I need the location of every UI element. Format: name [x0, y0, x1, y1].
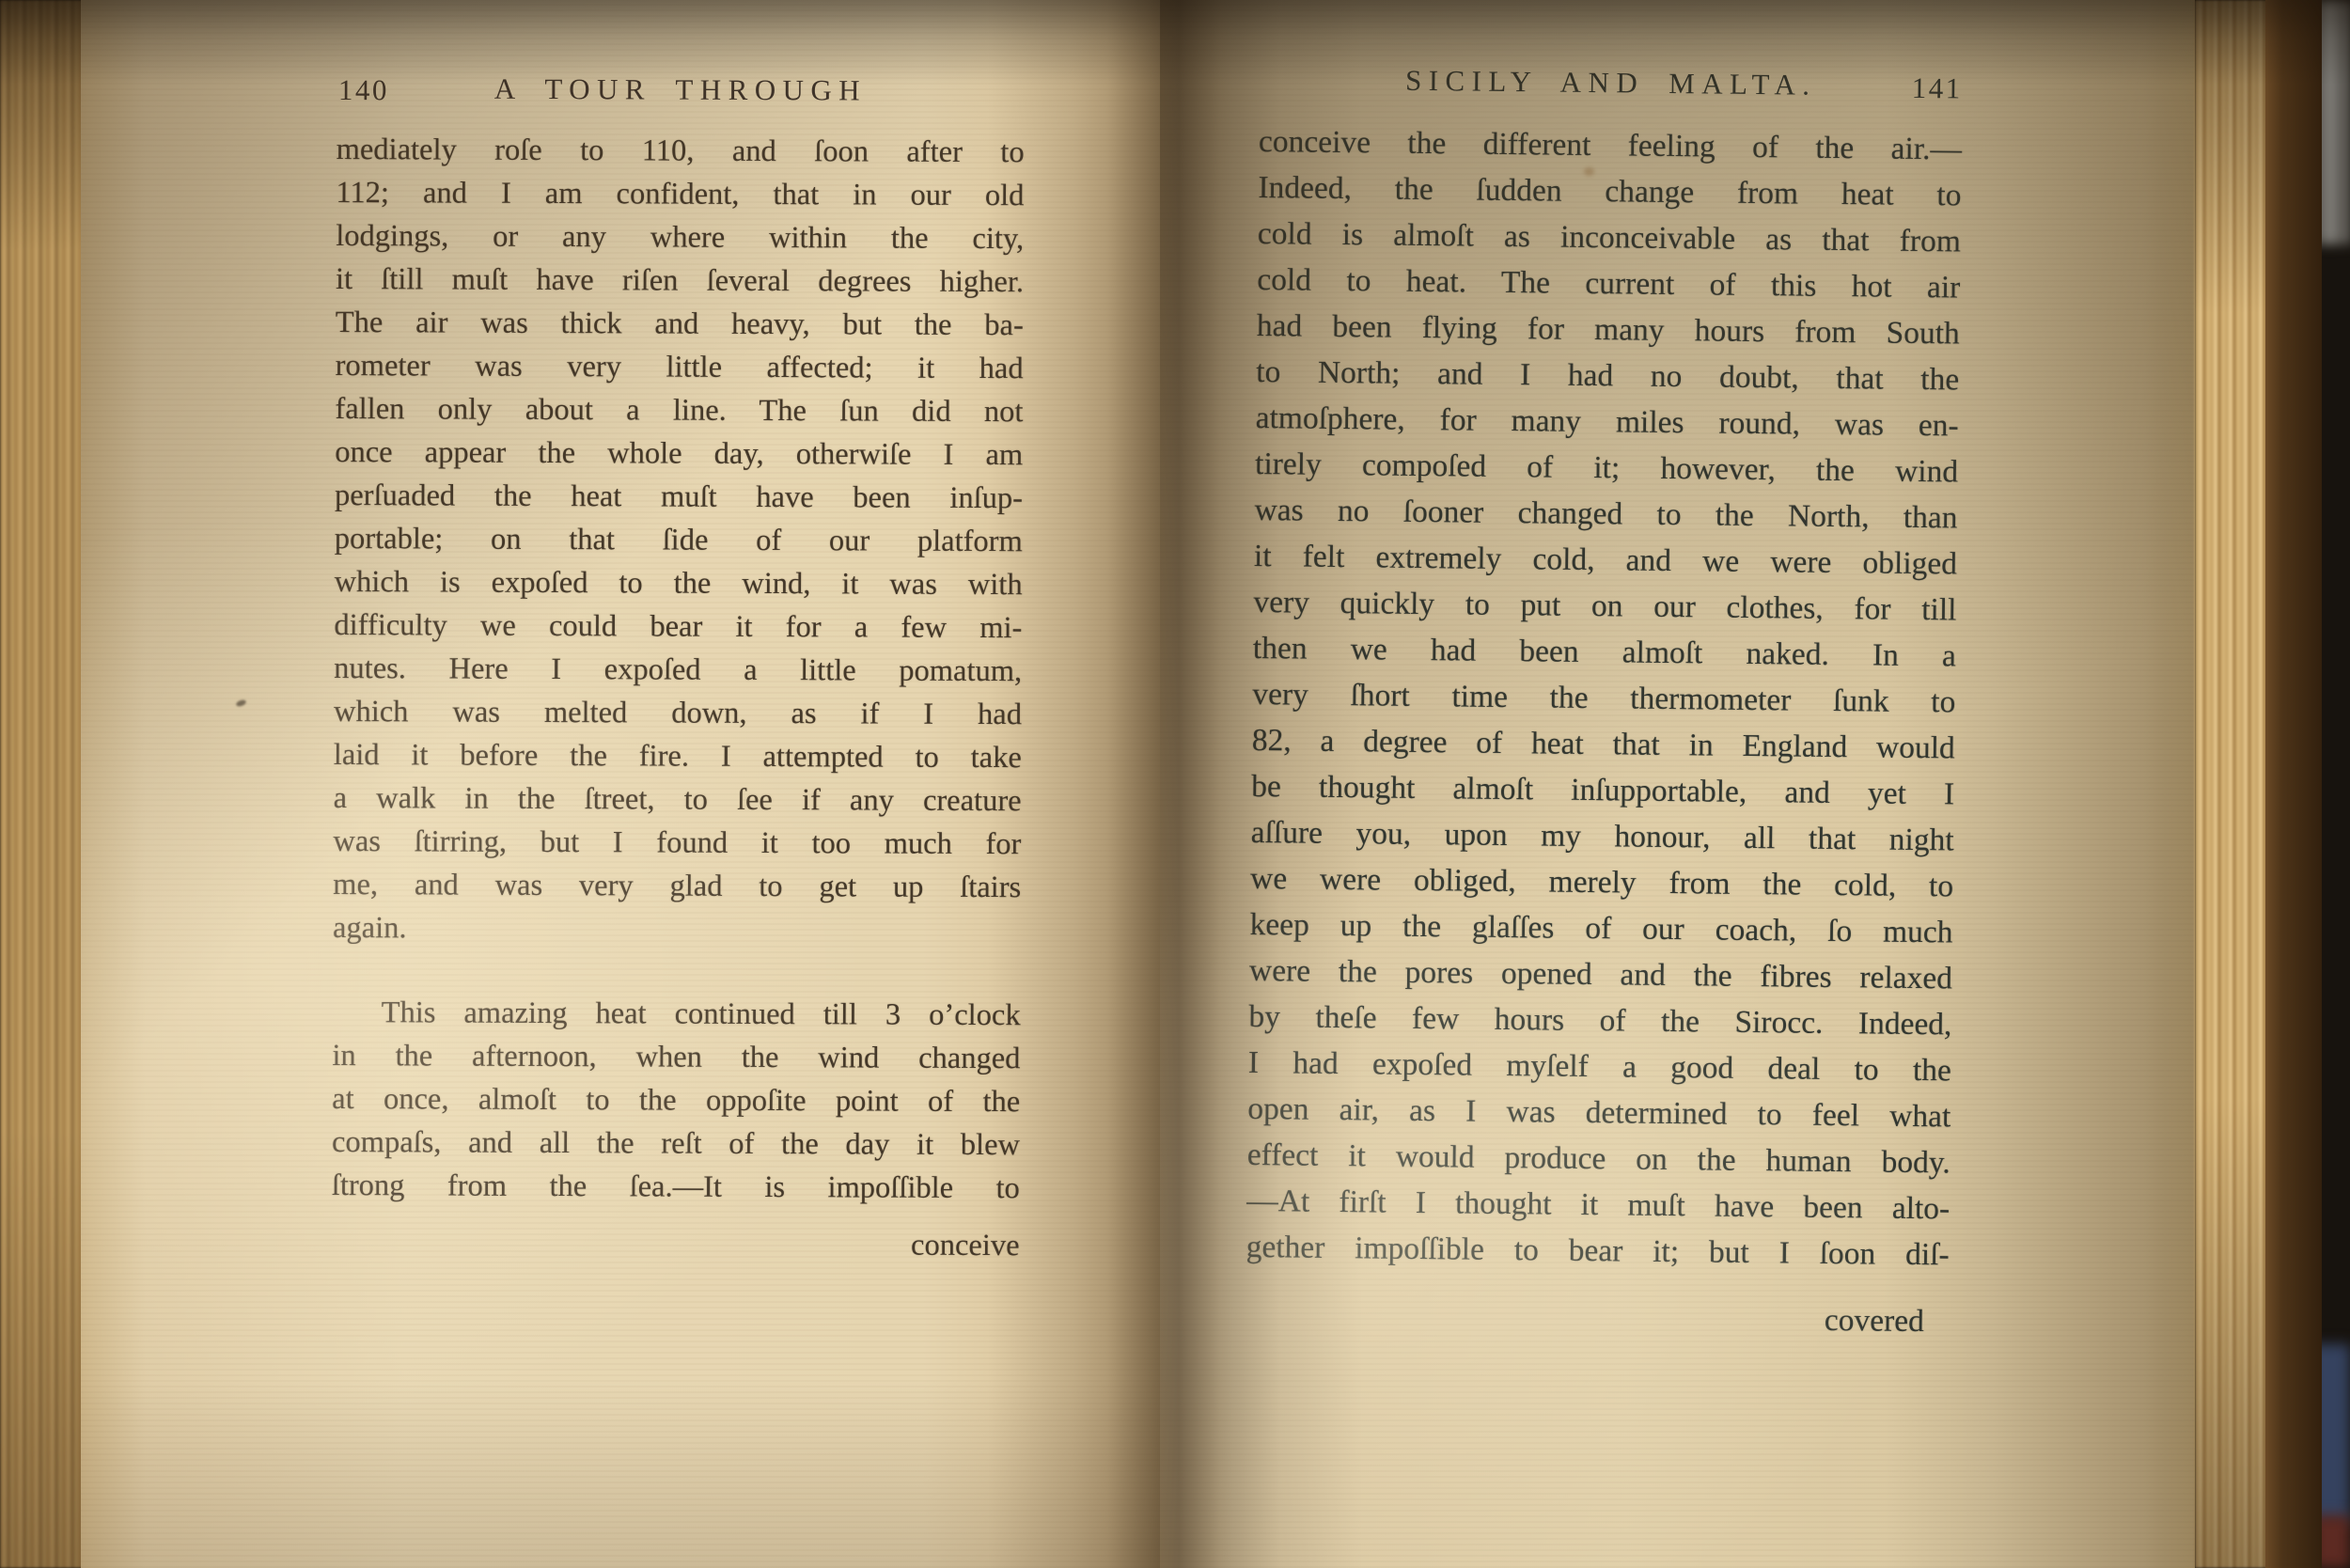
text-line: —At firſt I thought it muſt have been al… [1246, 1178, 1950, 1231]
right-page: SICILY AND MALTA. 141 conceive the diffe… [1160, 0, 2195, 1568]
text-line: it felt extremely cold, and we were obli… [1254, 533, 1958, 587]
text-line: very quickly to put on our clothes, for … [1253, 579, 1957, 633]
text-line: in the afternoon, when the wind changed [332, 1034, 1020, 1080]
text-line: lodgings, or any where within the city, [336, 214, 1024, 260]
left-running-title: A TOUR THROUGH [337, 71, 1025, 108]
paragraph: conceive the different feeling of the ai… [1245, 118, 1962, 1278]
text-line: laid it before the fire. I attempted to … [334, 733, 1022, 779]
text-line: atmoſphere, for many miles round, was en… [1255, 395, 1959, 448]
left-running-head: 140 A TOUR THROUGH [337, 71, 1025, 131]
text-line: Indeed, the ſudden change from heat to [1258, 165, 1962, 218]
text-line: which was melted down, as if I had [334, 690, 1022, 736]
left-page-body: mediately roſe to 110, and ſoon after to… [332, 128, 1025, 1210]
text-line: I had expoſed myſelf a good deal to the [1248, 1040, 1952, 1093]
text-line: gether impoſſible to bear it; but I ſoon… [1245, 1224, 1950, 1278]
paper-stain [1584, 167, 1594, 176]
text-line: it ſtill muſt have riſen ſeveral degrees… [336, 258, 1024, 304]
text-line: 112; and I am confident, that in our old [336, 171, 1024, 217]
text-line: be thought almoſt inſupportable, and yet… [1251, 763, 1955, 817]
text-line: cold to heat. The current of this hot ai… [1257, 257, 1961, 310]
text-line: fallen only about a line. The ſun did no… [335, 387, 1023, 433]
left-page-number: 140 [338, 73, 389, 107]
left-catchword: conceive [331, 1226, 1019, 1263]
text-line: which is expoſed to the wind, it was wit… [335, 560, 1023, 606]
text-line: once appear the whole day, otherwiſe I a… [335, 431, 1023, 477]
text-line: at once, almoſt to the oppoſite point of… [332, 1077, 1020, 1123]
paragraph: mediately roſe to 110, and ſoon after to… [333, 128, 1025, 952]
right-running-title: SICILY AND MALTA. [1260, 62, 1963, 103]
right-page-edge-stack [2195, 0, 2268, 1568]
text-line: perſuaded the heat muſt have been inſup- [335, 474, 1023, 520]
book-cover-board [2265, 0, 2322, 1568]
text-line: rometer was very little affected; it had [336, 344, 1024, 390]
text-line: mediately roſe to 110, and ſoon after to [337, 128, 1025, 174]
text-line: aſſure you, upon my honour, all that nig… [1250, 809, 1954, 863]
text-line: ſtrong from the ſea.—It is impoſſible to [332, 1164, 1020, 1210]
left-page-edge-stack [0, 0, 83, 1568]
left-page: 140 A TOUR THROUGH mediately roſe to 110… [81, 0, 1160, 1568]
text-line: tirely compoſed of it; however, the wind [1255, 441, 1959, 494]
paragraph: This amazing heat continued till 3 o’clo… [332, 991, 1021, 1210]
text-line: nutes. Here I expoſed a little pomatum, [334, 647, 1022, 693]
right-page-content: SICILY AND MALTA. 141 conceive the diffe… [1245, 62, 1963, 1340]
text-line: keep up the glaſſes of our coach, ſo muc… [1249, 902, 1953, 955]
text-line: a walk in the ſtreet, to ſee if any crea… [334, 776, 1022, 823]
left-page-content: 140 A TOUR THROUGH mediately roſe to 110… [331, 71, 1025, 1263]
text-line: compaſs, and all the reſt of the day it … [332, 1121, 1020, 1167]
text-line: had been flying for many hours from Sout… [1257, 303, 1961, 356]
text-line: cold is almoſt as inconceivable as that … [1258, 211, 1962, 264]
right-running-head: SICILY AND MALTA. 141 [1259, 62, 1963, 126]
text-line: very ſhort time the thermometer ſunk to [1252, 671, 1956, 725]
text-line: The air was thick and heavy, but the ba- [336, 301, 1024, 347]
text-line: difficulty we could bear it for a few mi… [334, 604, 1022, 650]
text-line: 82, a degree of heat that in England wou… [1252, 717, 1956, 771]
right-catchword: covered [1245, 1296, 1949, 1340]
text-line: was ſtirring, but I found it too much fo… [333, 820, 1021, 866]
text-line: by theſe few hours of the Sirocc. Indeed… [1248, 994, 1952, 1047]
text-line: to North; and I had no doubt, that the [1256, 349, 1960, 402]
text-line: portable; on that ſide of our platform [335, 517, 1023, 563]
paper-speck [235, 698, 246, 707]
text-line: effect it would produce on the human bod… [1247, 1132, 1951, 1185]
right-page-number: 141 [1912, 71, 1963, 106]
right-page-body: conceive the different feeling of the ai… [1245, 118, 1962, 1278]
text-line: This amazing heat continued till 3 o’clo… [333, 991, 1021, 1037]
text-line: conceive the different feeling of the ai… [1259, 118, 1963, 172]
text-line: me, and was very glad to get up ſtairs [333, 863, 1021, 909]
open-book-photo: 140 A TOUR THROUGH mediately roſe to 110… [0, 0, 2350, 1568]
text-line: then we had been almoſt naked. In a [1253, 625, 1957, 679]
text-line: we were obliged, merely from the cold, t… [1250, 855, 1954, 909]
text-line: again. [333, 906, 1021, 952]
text-line: were the pores opened and the fibres rel… [1249, 948, 1953, 1001]
text-line: was no ſooner changed to the North, than [1254, 487, 1958, 541]
text-line: open air, as I was determined to feel wh… [1247, 1086, 1951, 1139]
